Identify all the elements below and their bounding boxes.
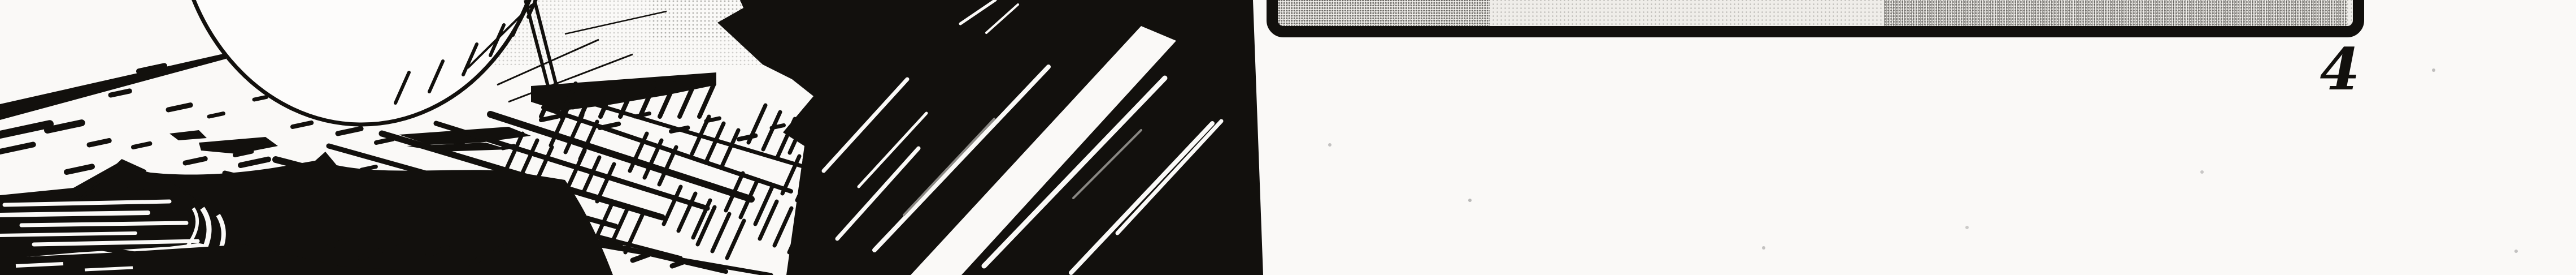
sky-foam-dashes-stroke	[541, 117, 558, 120]
sky-foam-dashes-stroke	[185, 159, 205, 163]
spray-hatch-stroke	[659, 147, 676, 184]
horizon-line	[0, 53, 226, 120]
tone-panel	[1267, 0, 2364, 37]
sky-foam-dashes-stroke	[293, 123, 311, 127]
wave-panel-art	[0, 0, 1268, 275]
sky-foam-dashes-stroke	[0, 124, 50, 135]
sky-foam-dashes-stroke	[338, 128, 361, 134]
moon-stroke	[175, 0, 548, 124]
wave-left-foam-stroke	[21, 223, 186, 225]
wave-panel	[0, 0, 1268, 275]
spray-hatch-stroke	[721, 130, 738, 167]
wave-right	[717, 0, 1263, 275]
horizon-line-stroke	[0, 53, 226, 120]
spray-hatch-stroke	[597, 164, 614, 201]
tone-panel-screentone-left	[1278, 0, 1490, 26]
distant-band-spikes-stroke	[699, 84, 714, 117]
sky-foam-dashes-stroke	[209, 114, 223, 117]
spray-hatch-stroke	[712, 214, 729, 251]
spray-hatch-stroke	[774, 208, 791, 246]
moon	[175, 0, 548, 124]
shore-strip-stroke	[16, 264, 63, 266]
foam-blobs-stroke	[169, 130, 207, 140]
sky-foam-dashes-stroke	[0, 145, 33, 152]
foam-dashes-stroke	[633, 255, 649, 260]
page-number: 4	[2308, 41, 2370, 98]
spray-hatch-stroke	[763, 112, 780, 149]
sky-foam-dashes-stroke	[241, 160, 268, 165]
sky-foam-dashes-stroke	[168, 105, 190, 110]
sky-foam-dashes-stroke	[67, 166, 92, 172]
wave-left-foam-stroke	[0, 233, 136, 235]
sky-foam-dashes-stroke	[133, 144, 150, 147]
spray-hatch-stroke	[520, 140, 537, 178]
spray-hatch-stroke	[664, 187, 681, 224]
sky-foam-dashes-stroke	[376, 139, 393, 143]
manga-page-strip: 4	[0, 0, 2576, 275]
foam-blobs-stroke	[199, 137, 278, 154]
spray-hatch-stroke	[727, 221, 744, 258]
sky-foam-dashes-stroke	[89, 141, 109, 145]
tone-panel-screentone-right	[1884, 0, 2347, 26]
print-noise-specks	[0, 0, 2, 2]
sky-foam-dashes-stroke	[254, 97, 267, 100]
sky-foam-dashes-stroke	[111, 91, 129, 95]
wave-left-foam-stroke	[0, 213, 148, 215]
spray-hatch-stroke	[580, 122, 597, 159]
